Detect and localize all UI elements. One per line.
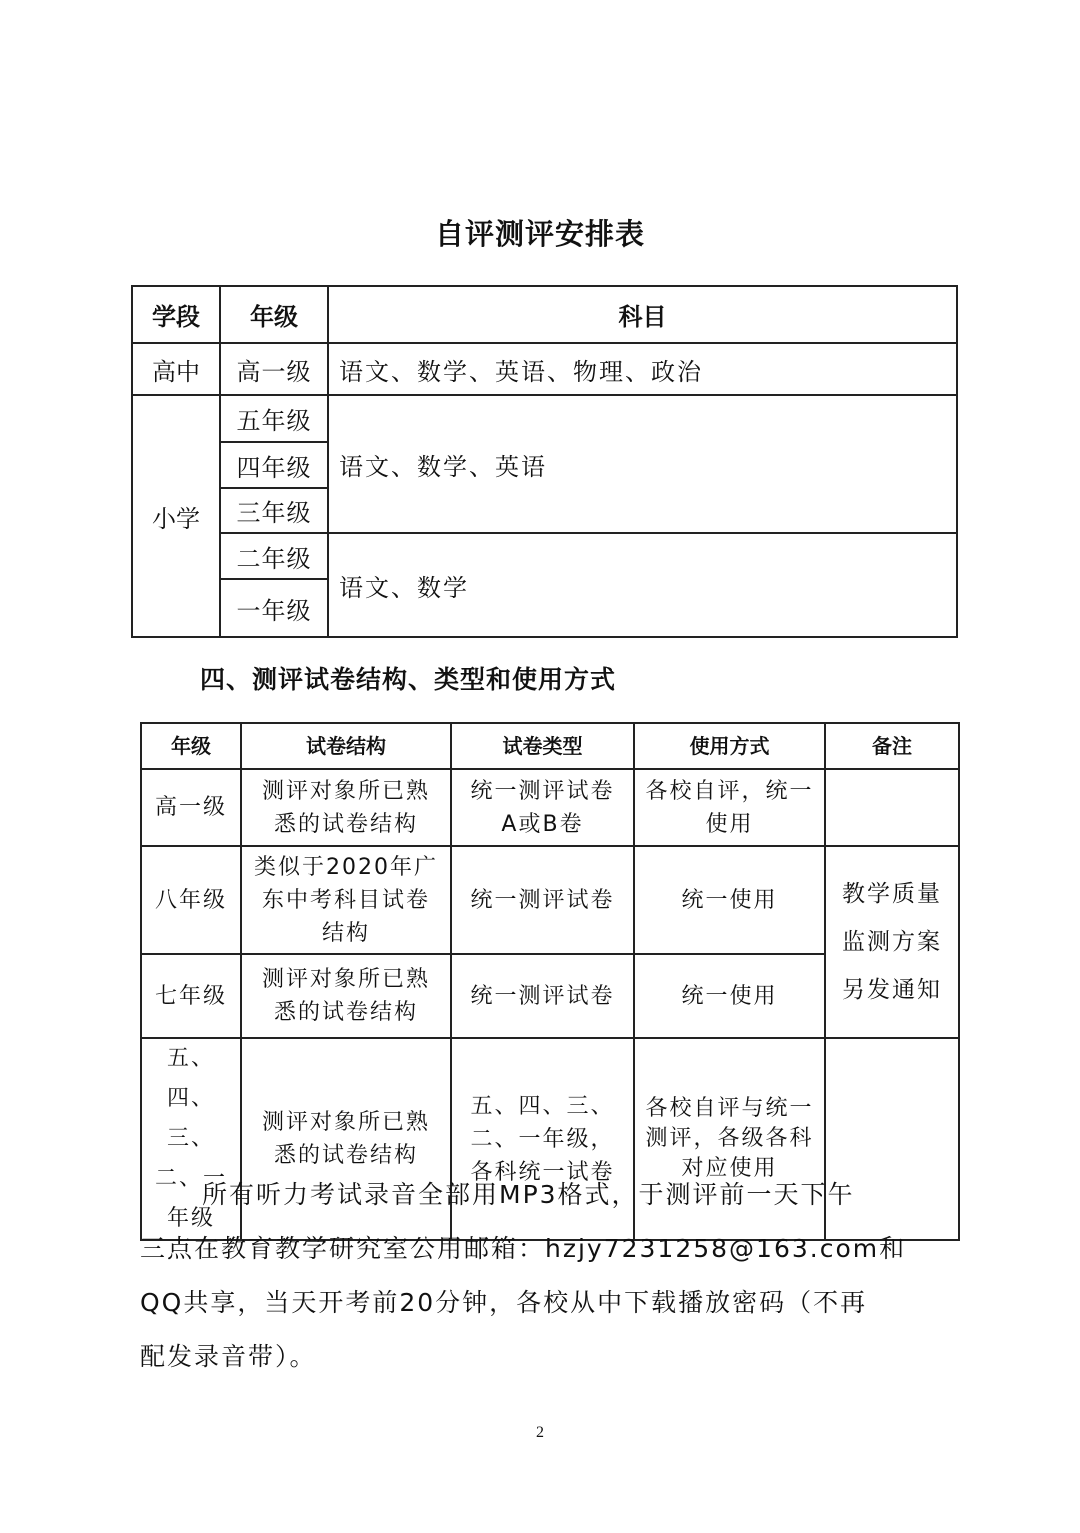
header-structure: 试卷结构 xyxy=(241,723,451,769)
table-row: 高一级 测评对象所已熟悉的试卷结构 统一测评试卷A或B卷 各校自评，统一使用 xyxy=(141,769,959,846)
header-grade: 年级 xyxy=(220,286,328,343)
table-row: 二年级 语文、数学 xyxy=(132,533,957,579)
section-heading: 四、测评试卷结构、类型和使用方式 xyxy=(200,660,616,696)
type-cell: 统一测评试卷 xyxy=(451,846,634,954)
grade-cell: 一年级 xyxy=(220,579,328,637)
structure-cell: 测评对象所已熟悉的试卷结构 xyxy=(241,954,451,1038)
grade-cell: 二年级 xyxy=(220,533,328,579)
table-header-row: 年级 试卷结构 试卷类型 使用方式 备注 xyxy=(141,723,959,769)
grade-cell: 五年级 xyxy=(220,395,328,442)
header-usage: 使用方式 xyxy=(634,723,825,769)
subjects-cell: 语文、数学、英语 xyxy=(328,395,957,533)
grade-cell: 七年级 xyxy=(141,954,241,1038)
subjects-cell: 语文、数学、英语、物理、政治 xyxy=(328,343,957,395)
page-number: 2 xyxy=(0,1424,1080,1442)
usage-cell: 统一使用 xyxy=(634,846,825,954)
type-cell: 统一测评试卷 xyxy=(451,954,634,1038)
exam-structure-table: 年级 试卷结构 试卷类型 使用方式 备注 高一级 测评对象所已熟悉的试卷结构 统… xyxy=(140,722,960,1241)
note-cell: 教学质量监测方案另发通知 xyxy=(825,846,959,1038)
header-grade: 年级 xyxy=(141,723,241,769)
table-header-row: 学段 年级 科目 xyxy=(132,286,957,343)
structure-cell: 类似于2020年广东中考科目试卷结构 xyxy=(241,846,451,954)
table-row: 八年级 类似于2020年广东中考科目试卷结构 统一测评试卷 统一使用 教学质量监… xyxy=(141,846,959,954)
subjects-cell: 语文、数学 xyxy=(328,533,957,637)
note-cell xyxy=(825,769,959,846)
paragraph-line: 所有听力考试录音全部用MP3格式，于测评前一天下午 xyxy=(140,1168,940,1222)
schedule-table: 学段 年级 科目 高中 高一级 语文、数学、英语、物理、政治 小学 五年级 语文… xyxy=(131,285,958,638)
table-row: 高中 高一级 语文、数学、英语、物理、政治 xyxy=(132,343,957,395)
stage-cell: 高中 xyxy=(132,343,220,395)
grade-cell: 高一级 xyxy=(220,343,328,395)
header-type: 试卷类型 xyxy=(451,723,634,769)
paragraph-line: 三点在教育教学研究室公用邮箱：hzjy7231258@163.com和 xyxy=(140,1222,940,1276)
grade-cell: 八年级 xyxy=(141,846,241,954)
header-stage: 学段 xyxy=(132,286,220,343)
paragraph-line: 配发录音带）。 xyxy=(140,1330,940,1384)
usage-cell: 统一使用 xyxy=(634,954,825,1038)
table-row: 小学 五年级 语文、数学、英语 xyxy=(132,395,957,442)
grade-cell: 高一级 xyxy=(141,769,241,846)
header-note: 备注 xyxy=(825,723,959,769)
structure-cell: 测评对象所已熟悉的试卷结构 xyxy=(241,769,451,846)
paragraph-line: QQ共享，当天开考前20分钟，各校从中下载播放密码（不再 xyxy=(140,1276,940,1330)
usage-cell: 各校自评，统一使用 xyxy=(634,769,825,846)
grade-cell: 三年级 xyxy=(220,488,328,533)
header-subjects: 科目 xyxy=(328,286,957,343)
type-cell: 统一测评试卷A或B卷 xyxy=(451,769,634,846)
page-title: 自评测评安排表 xyxy=(0,212,1080,253)
grade-cell: 四年级 xyxy=(220,442,328,488)
stage-cell: 小学 xyxy=(132,395,220,637)
